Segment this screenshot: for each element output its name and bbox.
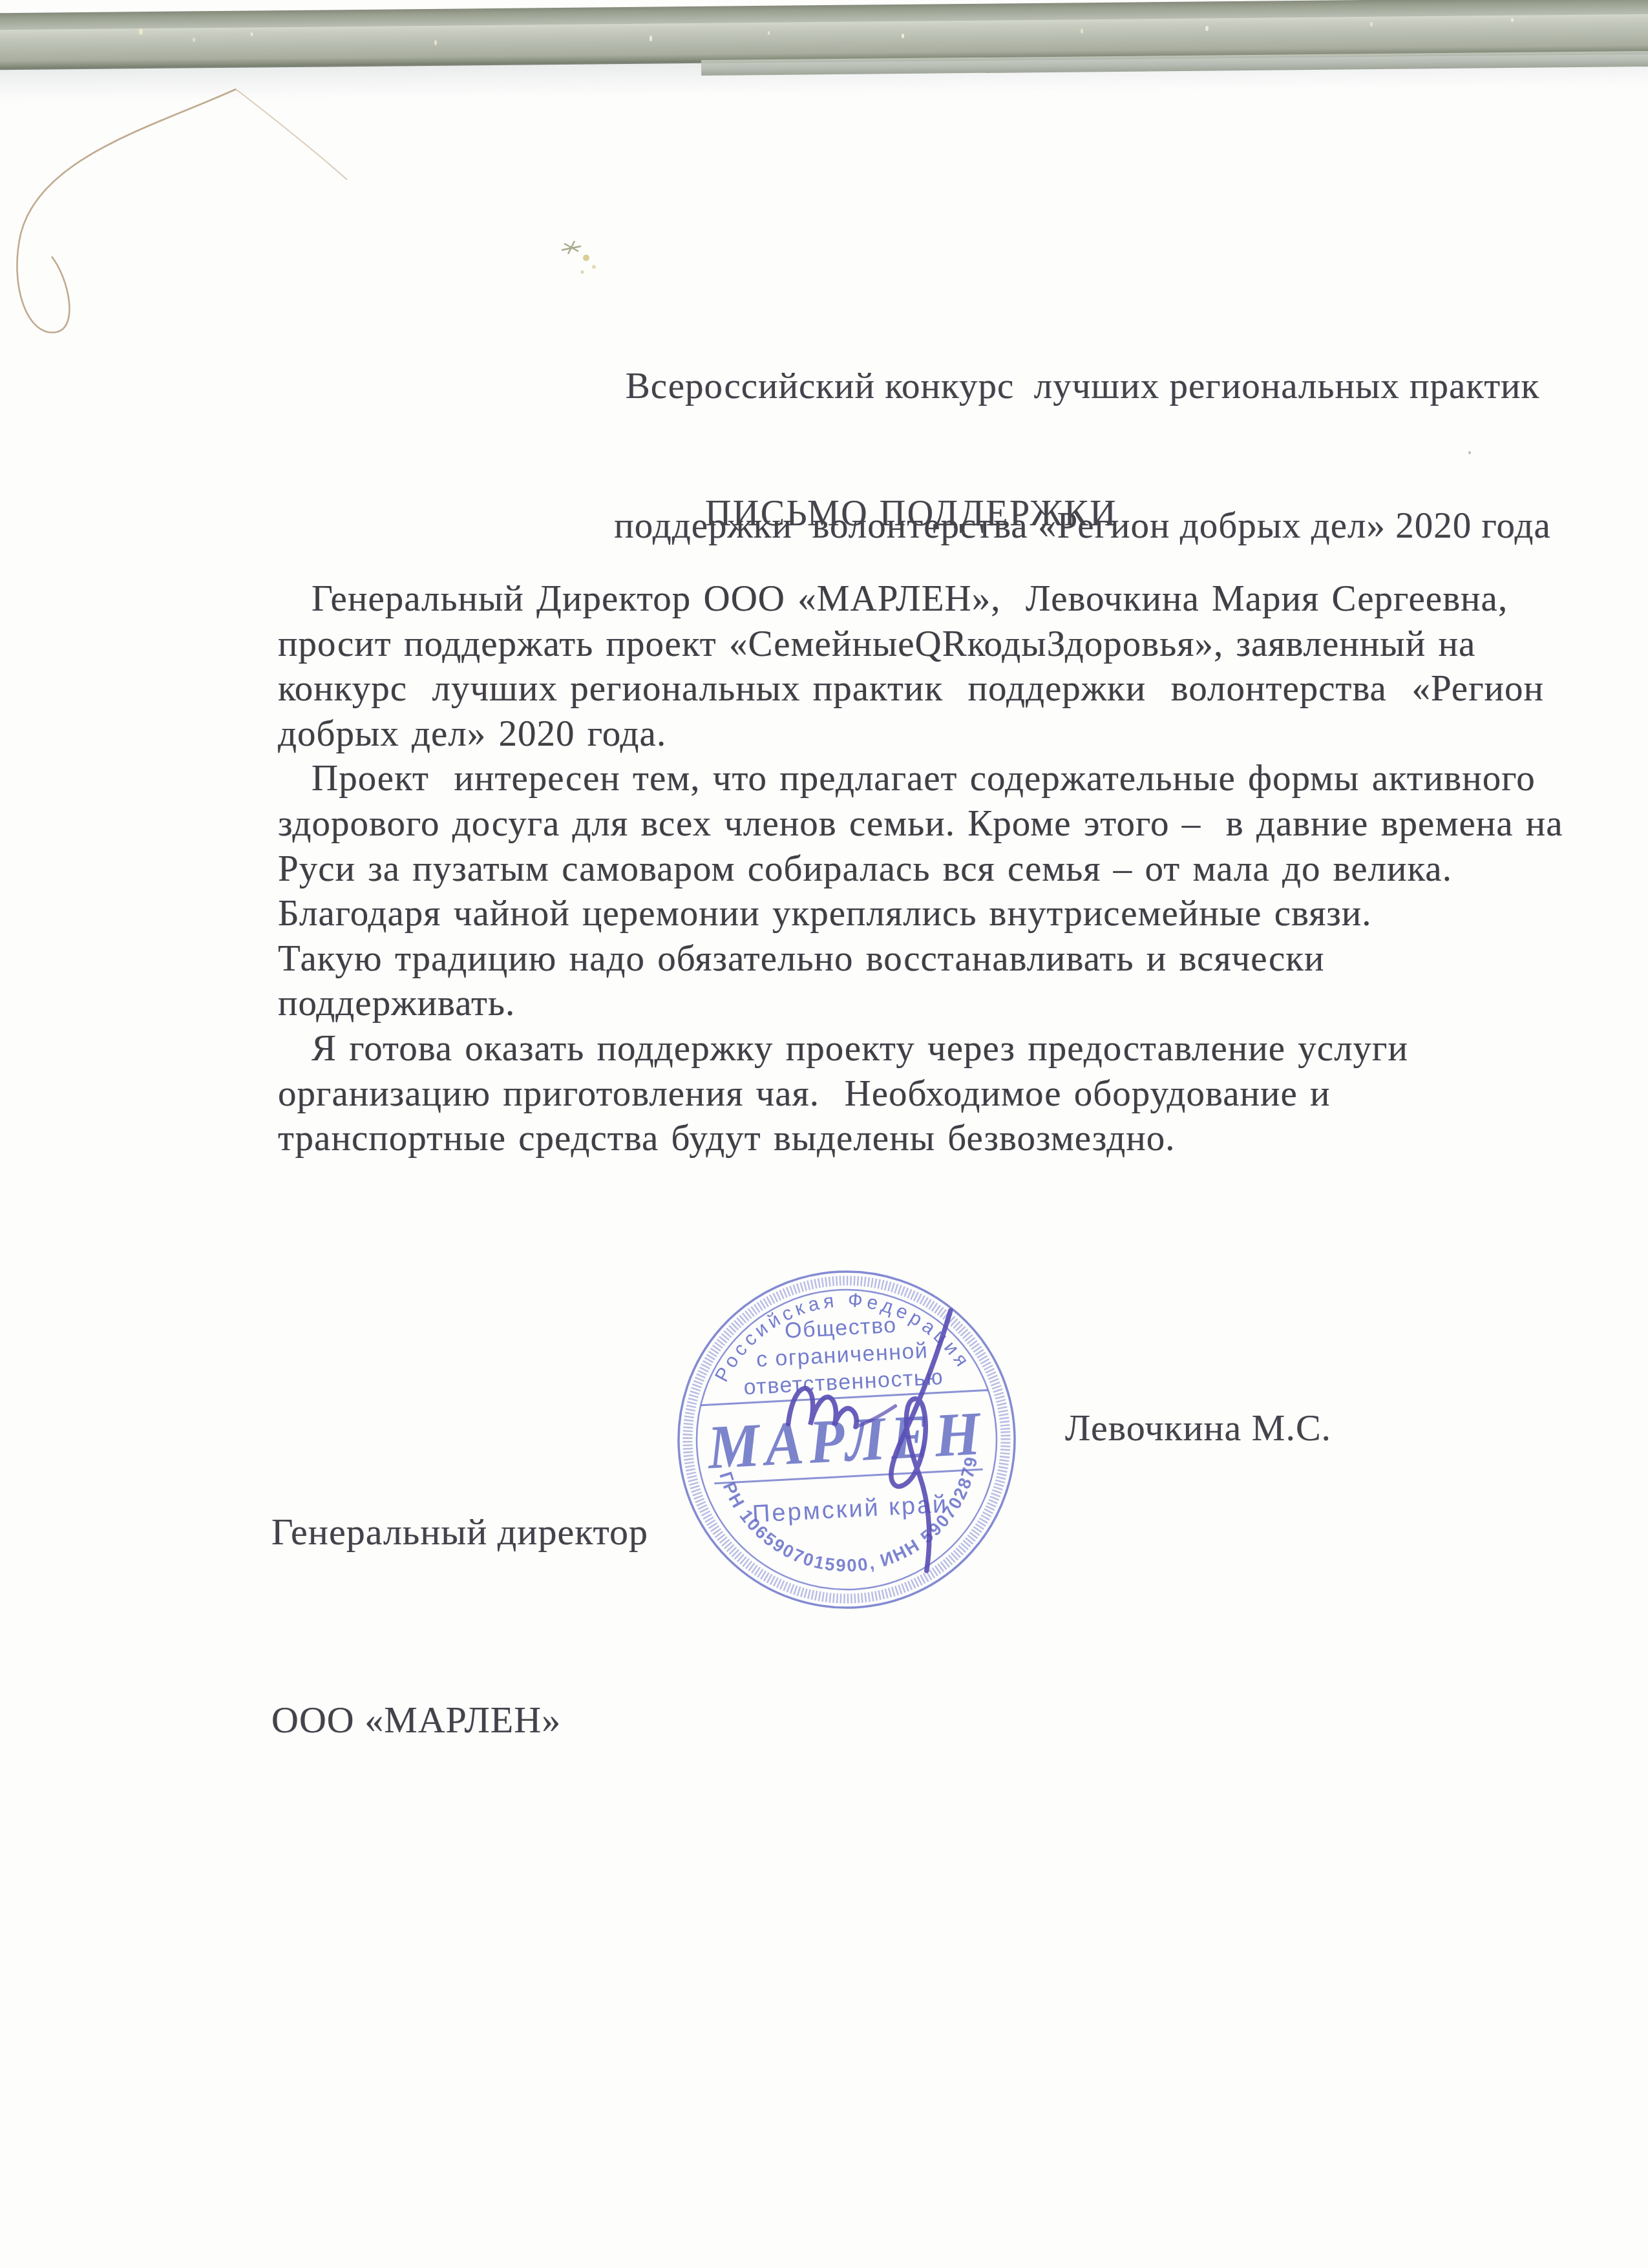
hair-fiber-artifact [0, 0, 452, 388]
dust-speck [768, 31, 770, 35]
body-line: транспортные средства будут выделены без… [278, 1116, 1616, 1161]
body-line: здорового досуга для всех членов семьи. … [278, 801, 1616, 846]
body-line: просит поддержать проект «СемейныеQRкоды… [278, 622, 1616, 667]
scanned-letter-page: Всероссийский конкурс лучших региональны… [0, 0, 1648, 2268]
letter-body: Генеральный Директор ООО «МАРЛЕН», Левоч… [278, 576, 1616, 1161]
signatory-org: ООО «МАРЛЕН» [271, 1688, 648, 1751]
signatory-role: Генеральный директор [271, 1500, 648, 1563]
dust-speck [1081, 28, 1083, 34]
stamp-region: Пермский край [752, 1491, 949, 1528]
body-line: добрых дел» 2020 года. [278, 711, 1616, 757]
dust-speck [1511, 18, 1514, 22]
letterhead-line-1: Всероссийский конкурс лучших региональны… [614, 363, 1551, 410]
dust-speck [1370, 22, 1373, 26]
stamp-graphic: Российская Федерация Общество с ограниче… [663, 1256, 1030, 1623]
stamp-org-type-line1: Общество [784, 1313, 897, 1343]
body-line: Генеральный Директор ООО «МАРЛЕН», Левоч… [278, 576, 1616, 622]
dust-speck [650, 36, 652, 41]
body-line: Проект интересен тем, что предлагает сод… [278, 756, 1616, 801]
body-line: Благодаря чайной церемонии укреплялись в… [278, 891, 1616, 936]
dust-speck [902, 34, 904, 38]
smudge-artifact [553, 229, 624, 288]
body-line: Руси за пузатым самоваром собиралась вся… [278, 846, 1616, 892]
body-line: Такую традицию надо обязательно восстана… [278, 936, 1616, 982]
signature-block: Генеральный директор ООО «МАРЛЕН» [271, 1375, 648, 1876]
body-line: конкурс лучших региональных практик подд… [278, 666, 1616, 711]
letter-title: ПИСЬМО ПОДДЕРЖКИ [259, 493, 1564, 534]
body-line: поддерживать. [278, 981, 1616, 1026]
company-stamp: Российская Федерация Общество с ограниче… [663, 1256, 1030, 1623]
signatory-name: Левочкина М.С. [1065, 1406, 1331, 1449]
body-line: Я готова оказать поддержку проекту через… [278, 1026, 1616, 1071]
body-line: организацию приготовления чая. Необходим… [278, 1071, 1616, 1117]
dust-speck [1205, 26, 1209, 31]
